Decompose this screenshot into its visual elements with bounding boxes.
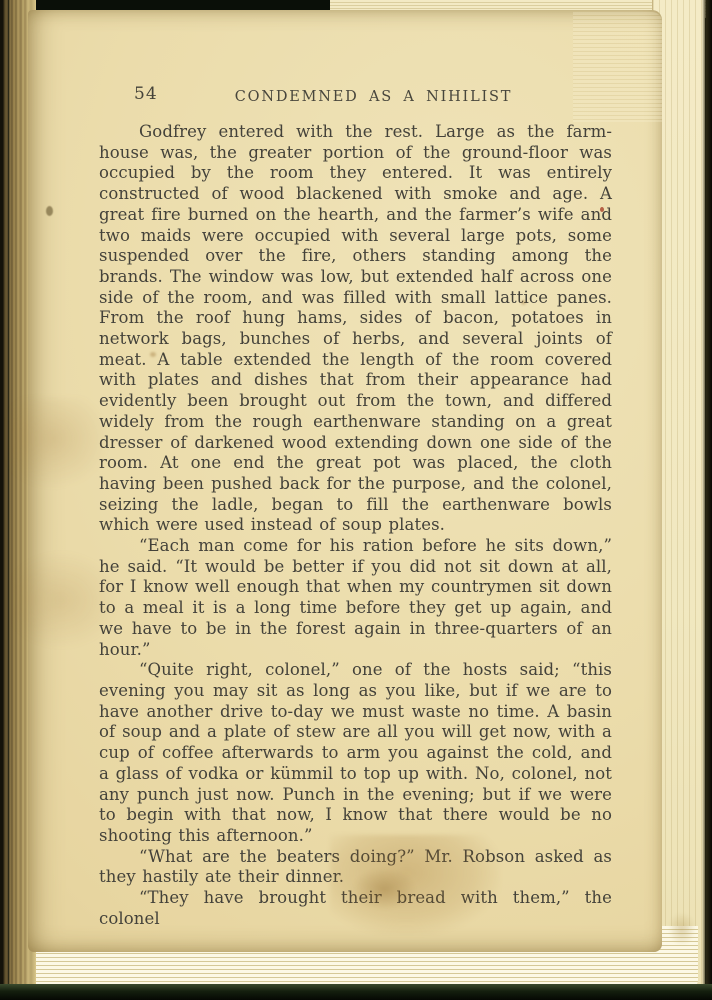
paragraph-1: Godfrey entered with the rest. Large as …: [99, 122, 612, 536]
page-corner-texture: [573, 12, 662, 122]
book-cover-edge: [0, 984, 712, 1000]
photo-right-dark-edge: [702, 0, 712, 1000]
paragraph-3: “Quite right, colonel,” one of the hosts…: [99, 660, 612, 846]
page-text: Godfrey entered with the rest. Large as …: [99, 122, 612, 929]
book-scan-photo: 54 CONDEMNED AS A NIHILIST Godfrey enter…: [0, 0, 712, 1000]
book-page: 54 CONDEMNED AS A NIHILIST Godfrey enter…: [28, 10, 662, 952]
paragraph-5: “They have brought their bread with them…: [99, 888, 612, 929]
running-title: CONDEMNED AS A NIHILIST: [117, 89, 630, 105]
paragraph-4: “What are the beaters doing?” Mr. Robson…: [99, 847, 612, 888]
paragraph-2: “Each man come for his ration before he …: [99, 536, 612, 660]
